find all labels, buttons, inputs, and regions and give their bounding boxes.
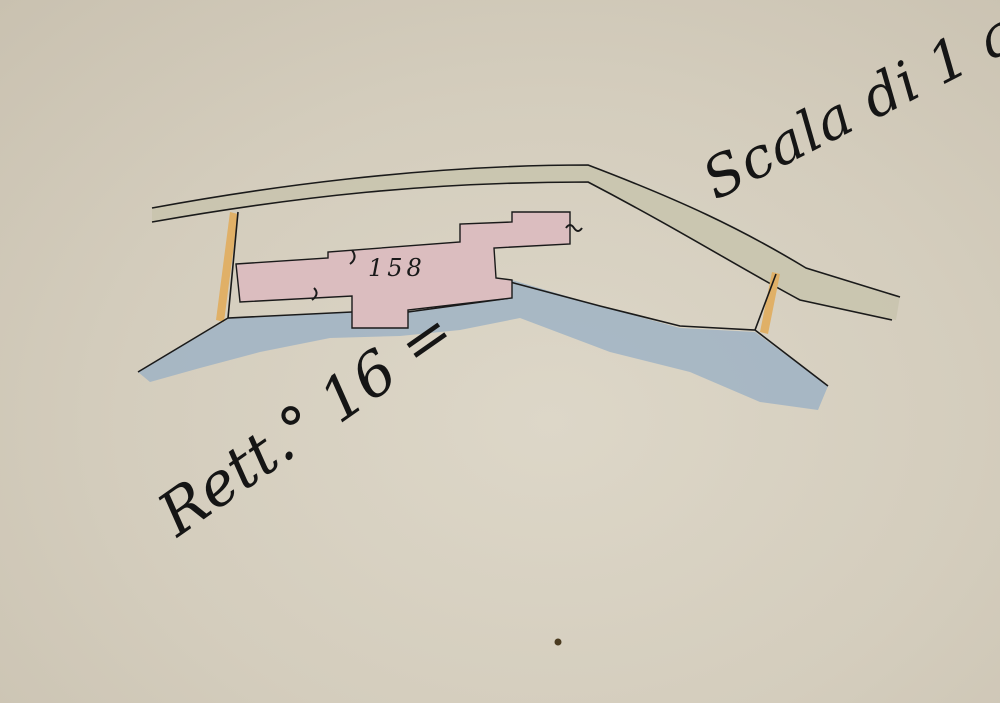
ink-spot [555, 639, 562, 646]
map-sheet: 158 Scala di 1 a Rett.° 16 = [0, 0, 1000, 703]
parcel-number-label: 158 [368, 254, 426, 282]
boundary-marker-left [216, 212, 238, 322]
